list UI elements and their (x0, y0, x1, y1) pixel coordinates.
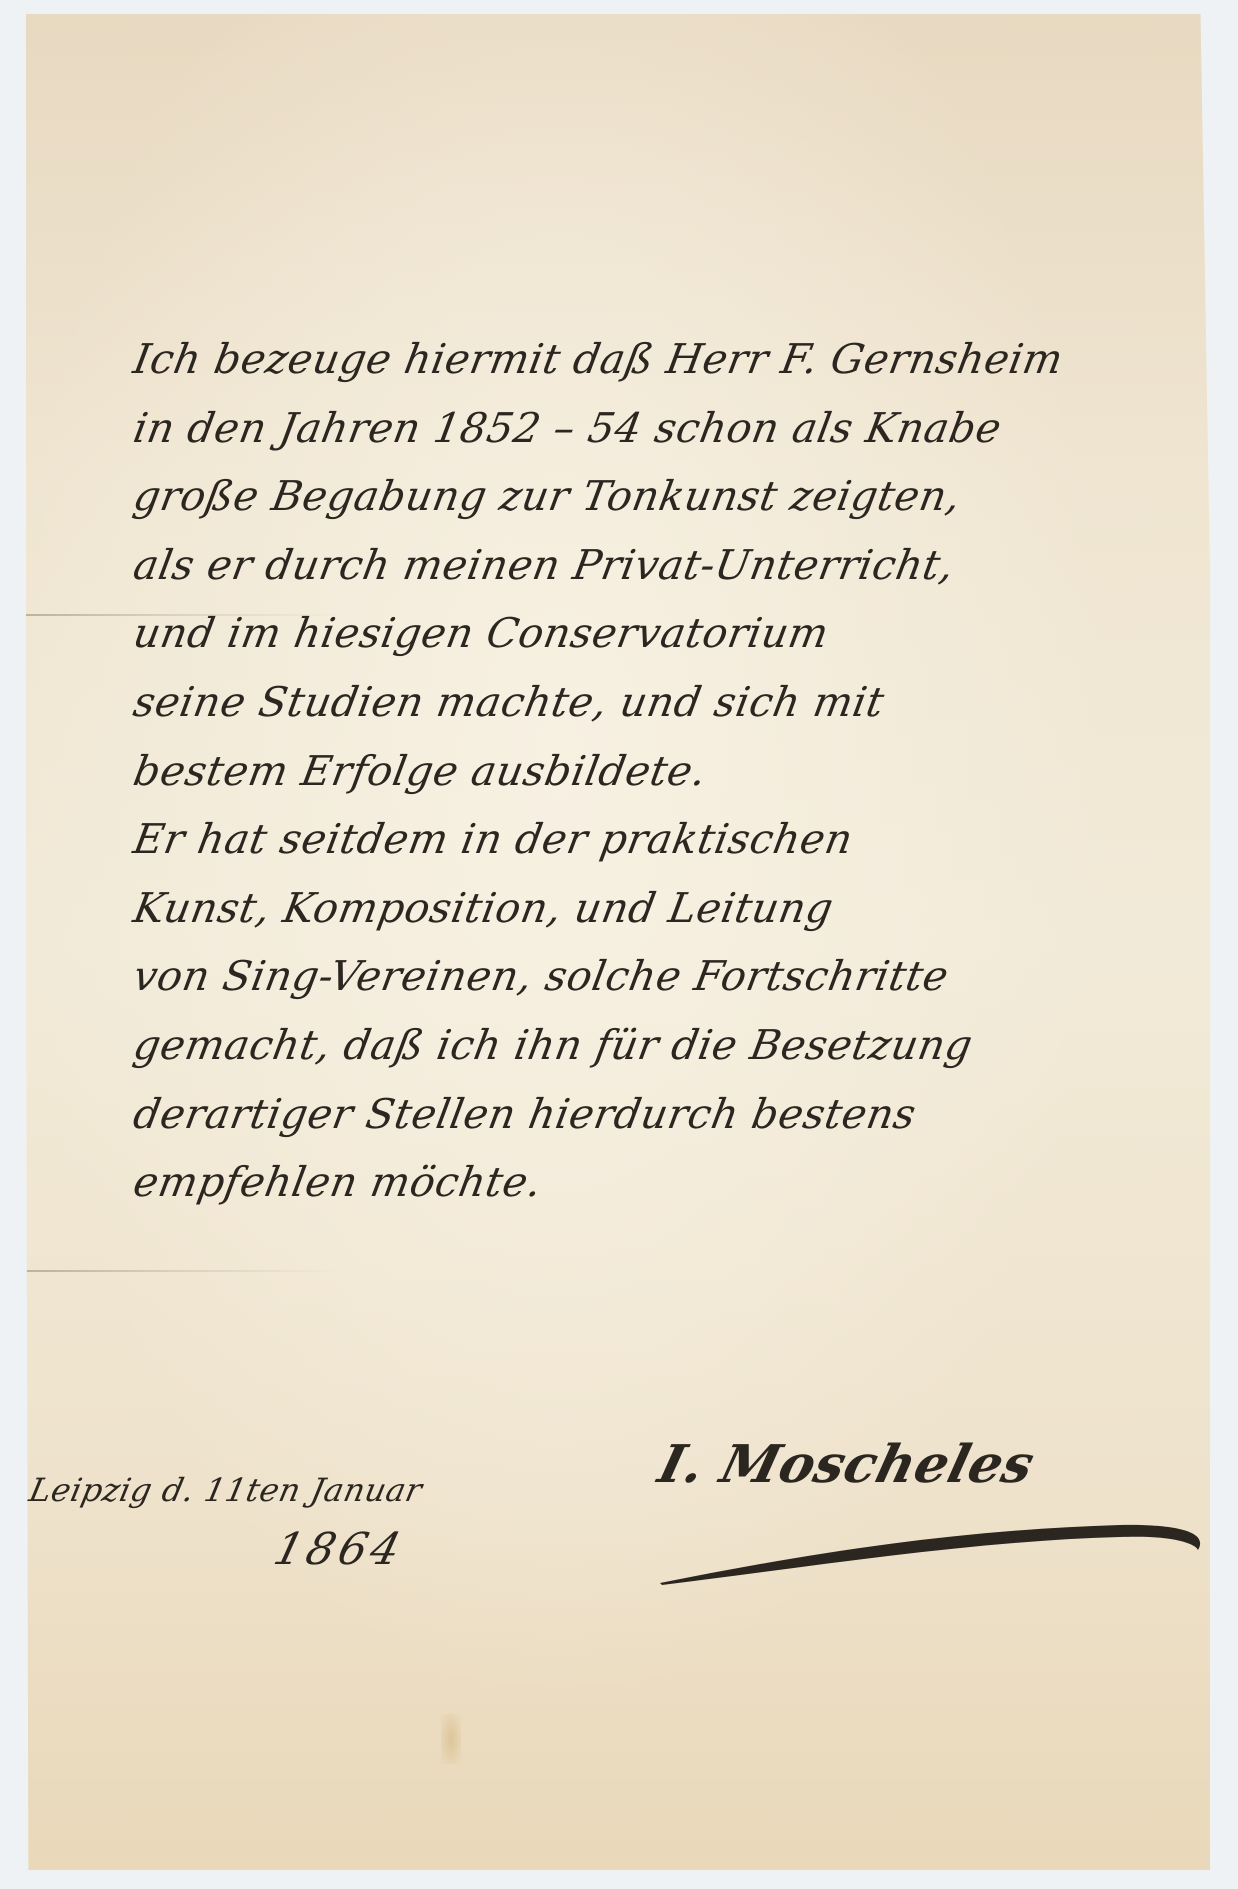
signature-block: I. Moscheles (650, 1425, 1210, 1615)
signature-name: I. Moscheles (650, 1425, 1220, 1505)
fold-crease-lower (26, 1270, 726, 1272)
letter-line: und im hiesigen Conservatorium (128, 599, 1200, 668)
letter-line: große Begabung zur Tonkunst zeigten, (128, 462, 1200, 531)
letter-body: Ich bezeuge hiermit daß Herr F. Gernshei… (128, 325, 1188, 1217)
letter-line: derartiger Stellen hierdurch bestens (128, 1080, 1200, 1149)
year: 1864 (266, 1515, 488, 1585)
letter-line: empfehlen möchte. (128, 1148, 1200, 1217)
place-and-date: Leipzig d. 11ten Januar 1864 (30, 1465, 480, 1585)
letter-line: von Sing-Vereinen, solche Fortschritte (128, 942, 1200, 1011)
place-date-line: Leipzig d. 11ten Januar (25, 1465, 486, 1515)
letter-line: Er hat seitdem in der praktischen (128, 805, 1200, 874)
letter-line: als er durch meinen Privat-Unterricht, (128, 531, 1200, 600)
letter-line: gemacht, daß ich ihn für die Besetzung (128, 1011, 1200, 1080)
letter-line: in den Jahren 1852 – 54 schon als Knabe (128, 394, 1200, 463)
letter-line: seine Studien machte, und sich mit (128, 668, 1200, 737)
paper-stain (441, 1714, 461, 1764)
letter-line: Kunst, Komposition, und Leitung (128, 874, 1200, 943)
letter-line: Ich bezeuge hiermit daß Herr F. Gernshei… (128, 325, 1200, 394)
signature-underline-flourish (650, 1505, 1210, 1595)
letter-line: bestem Erfolge ausbildete. (128, 737, 1200, 806)
